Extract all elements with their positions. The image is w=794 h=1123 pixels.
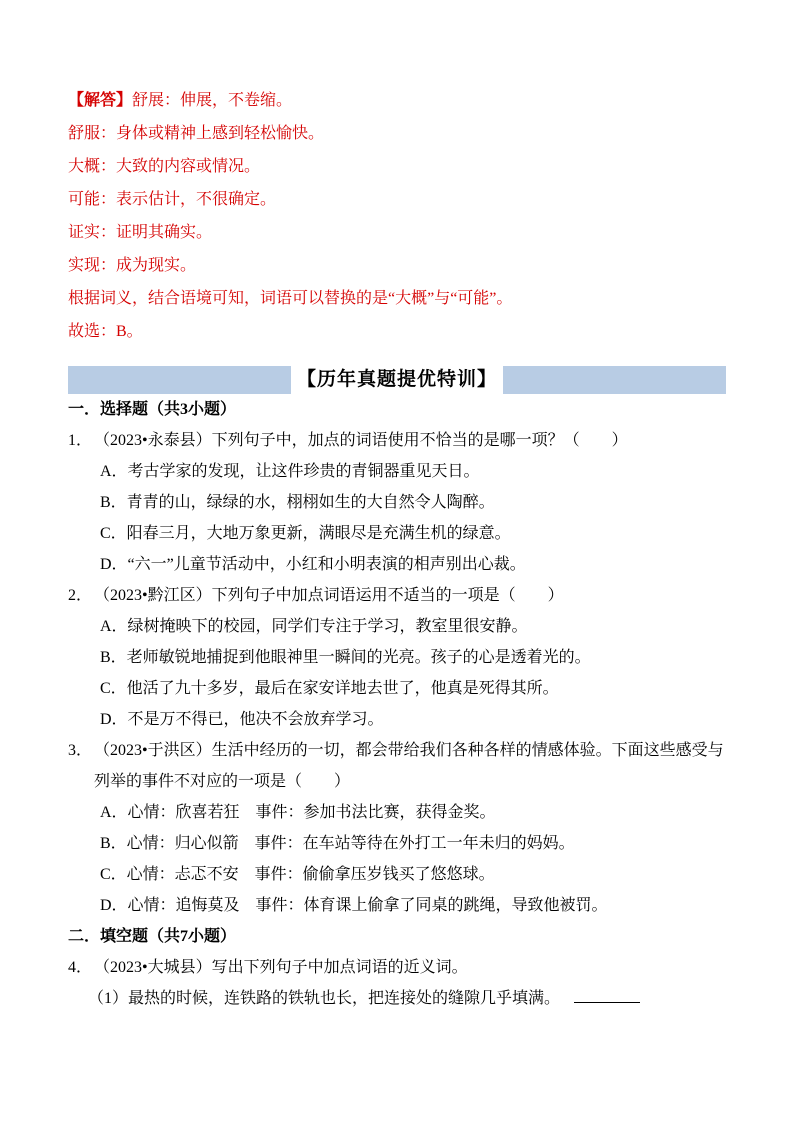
- question-2-text: （2023•黔江区）下列句子中加点词语运用不适当的一项是（ ）: [94, 587, 564, 604]
- answer-label: 【解答】: [68, 92, 132, 109]
- question-4-text: （2023•大城县）写出下列句子中加点词语的近义词。: [94, 959, 468, 976]
- answer-line: 可能：表示估计，不很确定。: [68, 183, 726, 216]
- question-1-option-a: A．考古学家的发现，让这件珍贵的青铜器重见天日。: [68, 456, 726, 487]
- question-1-option-b: B．青青的山，绿绿的水，栩栩如生的大自然令人陶醉。: [68, 487, 726, 518]
- question-1-text: （2023•永泰县）下列句子中，加点的词语使用不恰当的是哪一项？（ ）: [94, 432, 628, 449]
- question-3-option-d: D．心情：追悔莫及 事件：体育课上偷拿了同桌的跳绳，导致他被罚。: [68, 890, 726, 921]
- document-page: 【解答】舒展：伸展，不卷缩。 舒服：身体或精神上感到轻松愉快。 大概：大致的内容…: [0, 0, 794, 1123]
- question-1-option-c: C．阳春三月，大地万象更新，满眼尽是充满生机的绿意。: [68, 518, 726, 549]
- question-1-option-d: D．“六一”儿童节活动中，小红和小明表演的相声别出心裁。: [68, 549, 726, 580]
- answer-line: 大概：大致的内容或情况。: [68, 150, 726, 183]
- question-2-number: 2．: [68, 580, 94, 611]
- question-4: 4．（2023•大城县）写出下列句子中加点词语的近义词。 （1）最热的时候，连铁…: [68, 952, 726, 1014]
- question-3-option-b: B．心情：归心似箭 事件：在车站等待在外打工一年未归的妈妈。: [68, 828, 726, 859]
- answer-line: 故选：B。: [68, 315, 726, 348]
- answer-line: 实现：成为现实。: [68, 249, 726, 282]
- question-3-option-c: C．心情：忐忑不安 事件：偷偷拿压岁钱买了悠悠球。: [68, 859, 726, 890]
- answer-line: 根据词义，结合语境可知，词语可以替换的是“大概”与“可能”。: [68, 282, 726, 315]
- question-2-option-b: B．老师敏锐地捕捉到他眼神里一瞬间的光亮。孩子的心是透着光的。: [68, 642, 726, 673]
- answer-explanation-block: 【解答】舒展：伸展，不卷缩。 舒服：身体或精神上感到轻松愉快。 大概：大致的内容…: [68, 84, 726, 348]
- question-3-text: （2023•于洪区）生活中经历的一切，都会带给我们各种各样的情感体验。下面这些感…: [94, 742, 724, 790]
- question-1-number: 1．: [68, 425, 94, 456]
- question-2: 2．（2023•黔江区）下列句子中加点词语运用不适当的一项是（ ） A．绿树掩映…: [68, 580, 726, 735]
- question-4-stem: 4．（2023•大城县）写出下列句子中加点词语的近义词。: [68, 952, 726, 983]
- section1-heading: 一．选择题（共3小题）: [68, 394, 726, 425]
- question-1: 1．（2023•永泰县）下列句子中，加点的词语使用不恰当的是哪一项？（ ） A．…: [68, 425, 726, 580]
- question-2-stem: 2．（2023•黔江区）下列句子中加点词语运用不适当的一项是（ ）: [68, 580, 726, 611]
- question-3-number: 3．: [68, 735, 94, 766]
- question-3: 3．（2023•于洪区）生活中经历的一切，都会带给我们各种各样的情感体验。下面这…: [68, 735, 726, 921]
- question-1-stem: 1．（2023•永泰县）下列句子中，加点的词语使用不恰当的是哪一项？（ ）: [68, 425, 726, 456]
- answer-line: 舒服：身体或精神上感到轻松愉快。: [68, 117, 726, 150]
- question-4-number: 4．: [68, 952, 94, 983]
- question-2-option-c: C．他活了九十多岁，最后在家安详地去世了，他真是死得其所。: [68, 673, 726, 704]
- fill-in-blank-line: [574, 988, 640, 1003]
- question-2-option-d: D．不是万不得已，他决不会放弃学习。: [68, 704, 726, 735]
- answer-line: 证实：证明其确实。: [68, 216, 726, 249]
- section-banner: 【历年真题提优特训】: [68, 366, 726, 394]
- answer-line: 【解答】舒展：伸展，不卷缩。: [68, 84, 726, 117]
- question-4-sub1: （1）最热的时候，连铁路的铁轨也长，把连接处的缝隙几乎填满。: [68, 983, 726, 1014]
- answer-lead-text: 舒展：伸展，不卷缩。: [132, 92, 292, 109]
- section2-heading: 二．填空题（共7小题）: [68, 921, 726, 952]
- banner-title: 【历年真题提优特训】: [291, 366, 503, 394]
- question-2-option-a: A．绿树掩映下的校园，同学们专注于学习，教室里很安静。: [68, 611, 726, 642]
- question-3-stem: 3．（2023•于洪区）生活中经历的一切，都会带给我们各种各样的情感体验。下面这…: [68, 735, 726, 797]
- questions-area: 一．选择题（共3小题） 1．（2023•永泰县）下列句子中，加点的词语使用不恰当…: [68, 394, 726, 1014]
- question-4-sub1-text: （1）最热的时候，连铁路的铁轨也长，把连接处的缝隙几乎填满。: [88, 990, 560, 1007]
- question-3-option-a: A．心情：欣喜若狂 事件：参加书法比赛，获得金奖。: [68, 797, 726, 828]
